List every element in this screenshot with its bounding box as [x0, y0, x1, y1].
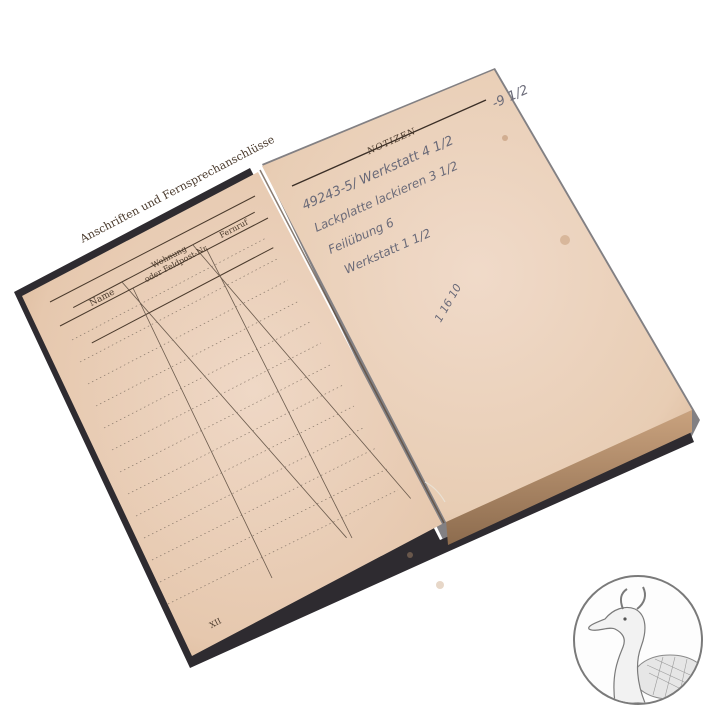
duck-icon	[575, 577, 701, 703]
duck-logo-emblem	[573, 575, 703, 705]
photo-scene: Anschriften und Fernsprechanschlüsse Nam…	[0, 0, 720, 720]
